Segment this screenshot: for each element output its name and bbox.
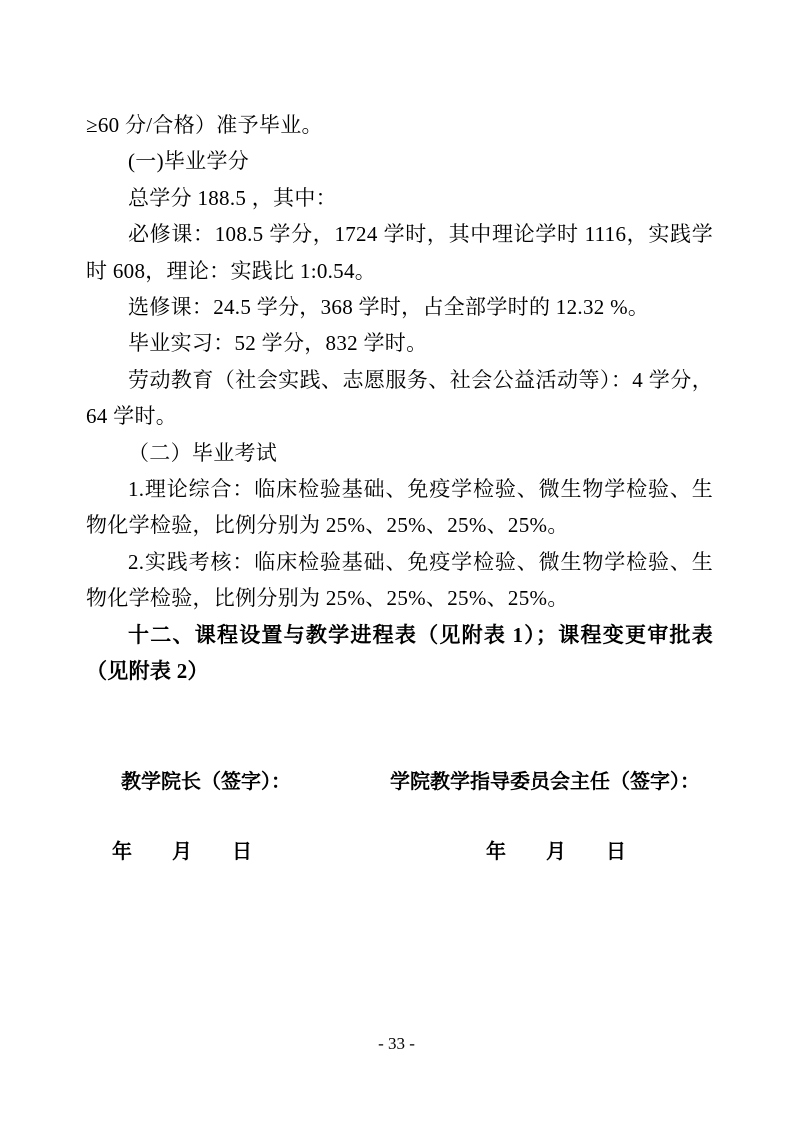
section-heading-course-schedule: 十二、课程设置与教学进程表（见附表 1）；课程变更审批表（见附表 2） bbox=[86, 617, 713, 690]
text-graduation-internship: 毕业实习：52 学分，832 学时。 bbox=[86, 325, 713, 361]
text-required-courses: 必修课：108.5 学分，1724 学时，其中理论学时 1116，实践学时 60… bbox=[86, 216, 713, 289]
document-body: ≥60 分/合格）准予毕业。 (一)毕业学分 总学分 188.5 ，其中： 必修… bbox=[86, 107, 713, 690]
committee-signature-label: 学院教学指导委员会主任（签字）： bbox=[390, 764, 700, 800]
document-page: ≥60 分/合格）准予毕业。 (一)毕业学分 总学分 188.5 ，其中： 必修… bbox=[0, 0, 793, 1122]
dean-signature-label: 教学院长（签字）： bbox=[121, 764, 291, 800]
text-elective-courses: 选修课：24.5 学分，368 学时，占全部学时的 12.32 %。 bbox=[86, 289, 713, 325]
text-practice-exam: 2.实践考核：临床检验基础、免疫学检验、微生物学检验、生物化学检验，比例分别为 … bbox=[86, 544, 713, 617]
date-line-left: 年 月 日 bbox=[112, 834, 252, 870]
text-line-graduation-pass: ≥60 分/合格）准予毕业。 bbox=[86, 107, 713, 143]
section-heading-graduation-credits: (一)毕业学分 bbox=[86, 143, 713, 179]
page-number: - 33 - bbox=[0, 1032, 793, 1056]
text-labor-education: 劳动教育（社会实践、志愿服务、社会公益活动等）：4 学分，64 学时。 bbox=[86, 362, 713, 435]
date-row: 年 月 日 年 月 日 bbox=[86, 834, 713, 870]
text-theory-exam: 1.理论综合：临床检验基础、免疫学检验、微生物学检验、生物化学检验，比例分别为 … bbox=[86, 471, 713, 544]
section-heading-graduation-exam: （二）毕业考试 bbox=[86, 435, 713, 471]
text-total-credits: 总学分 188.5 ，其中： bbox=[86, 180, 713, 216]
date-line-right: 年 月 日 bbox=[486, 834, 626, 870]
signature-row: 教学院长（签字）： 学院教学指导委员会主任（签字）： bbox=[86, 764, 713, 800]
